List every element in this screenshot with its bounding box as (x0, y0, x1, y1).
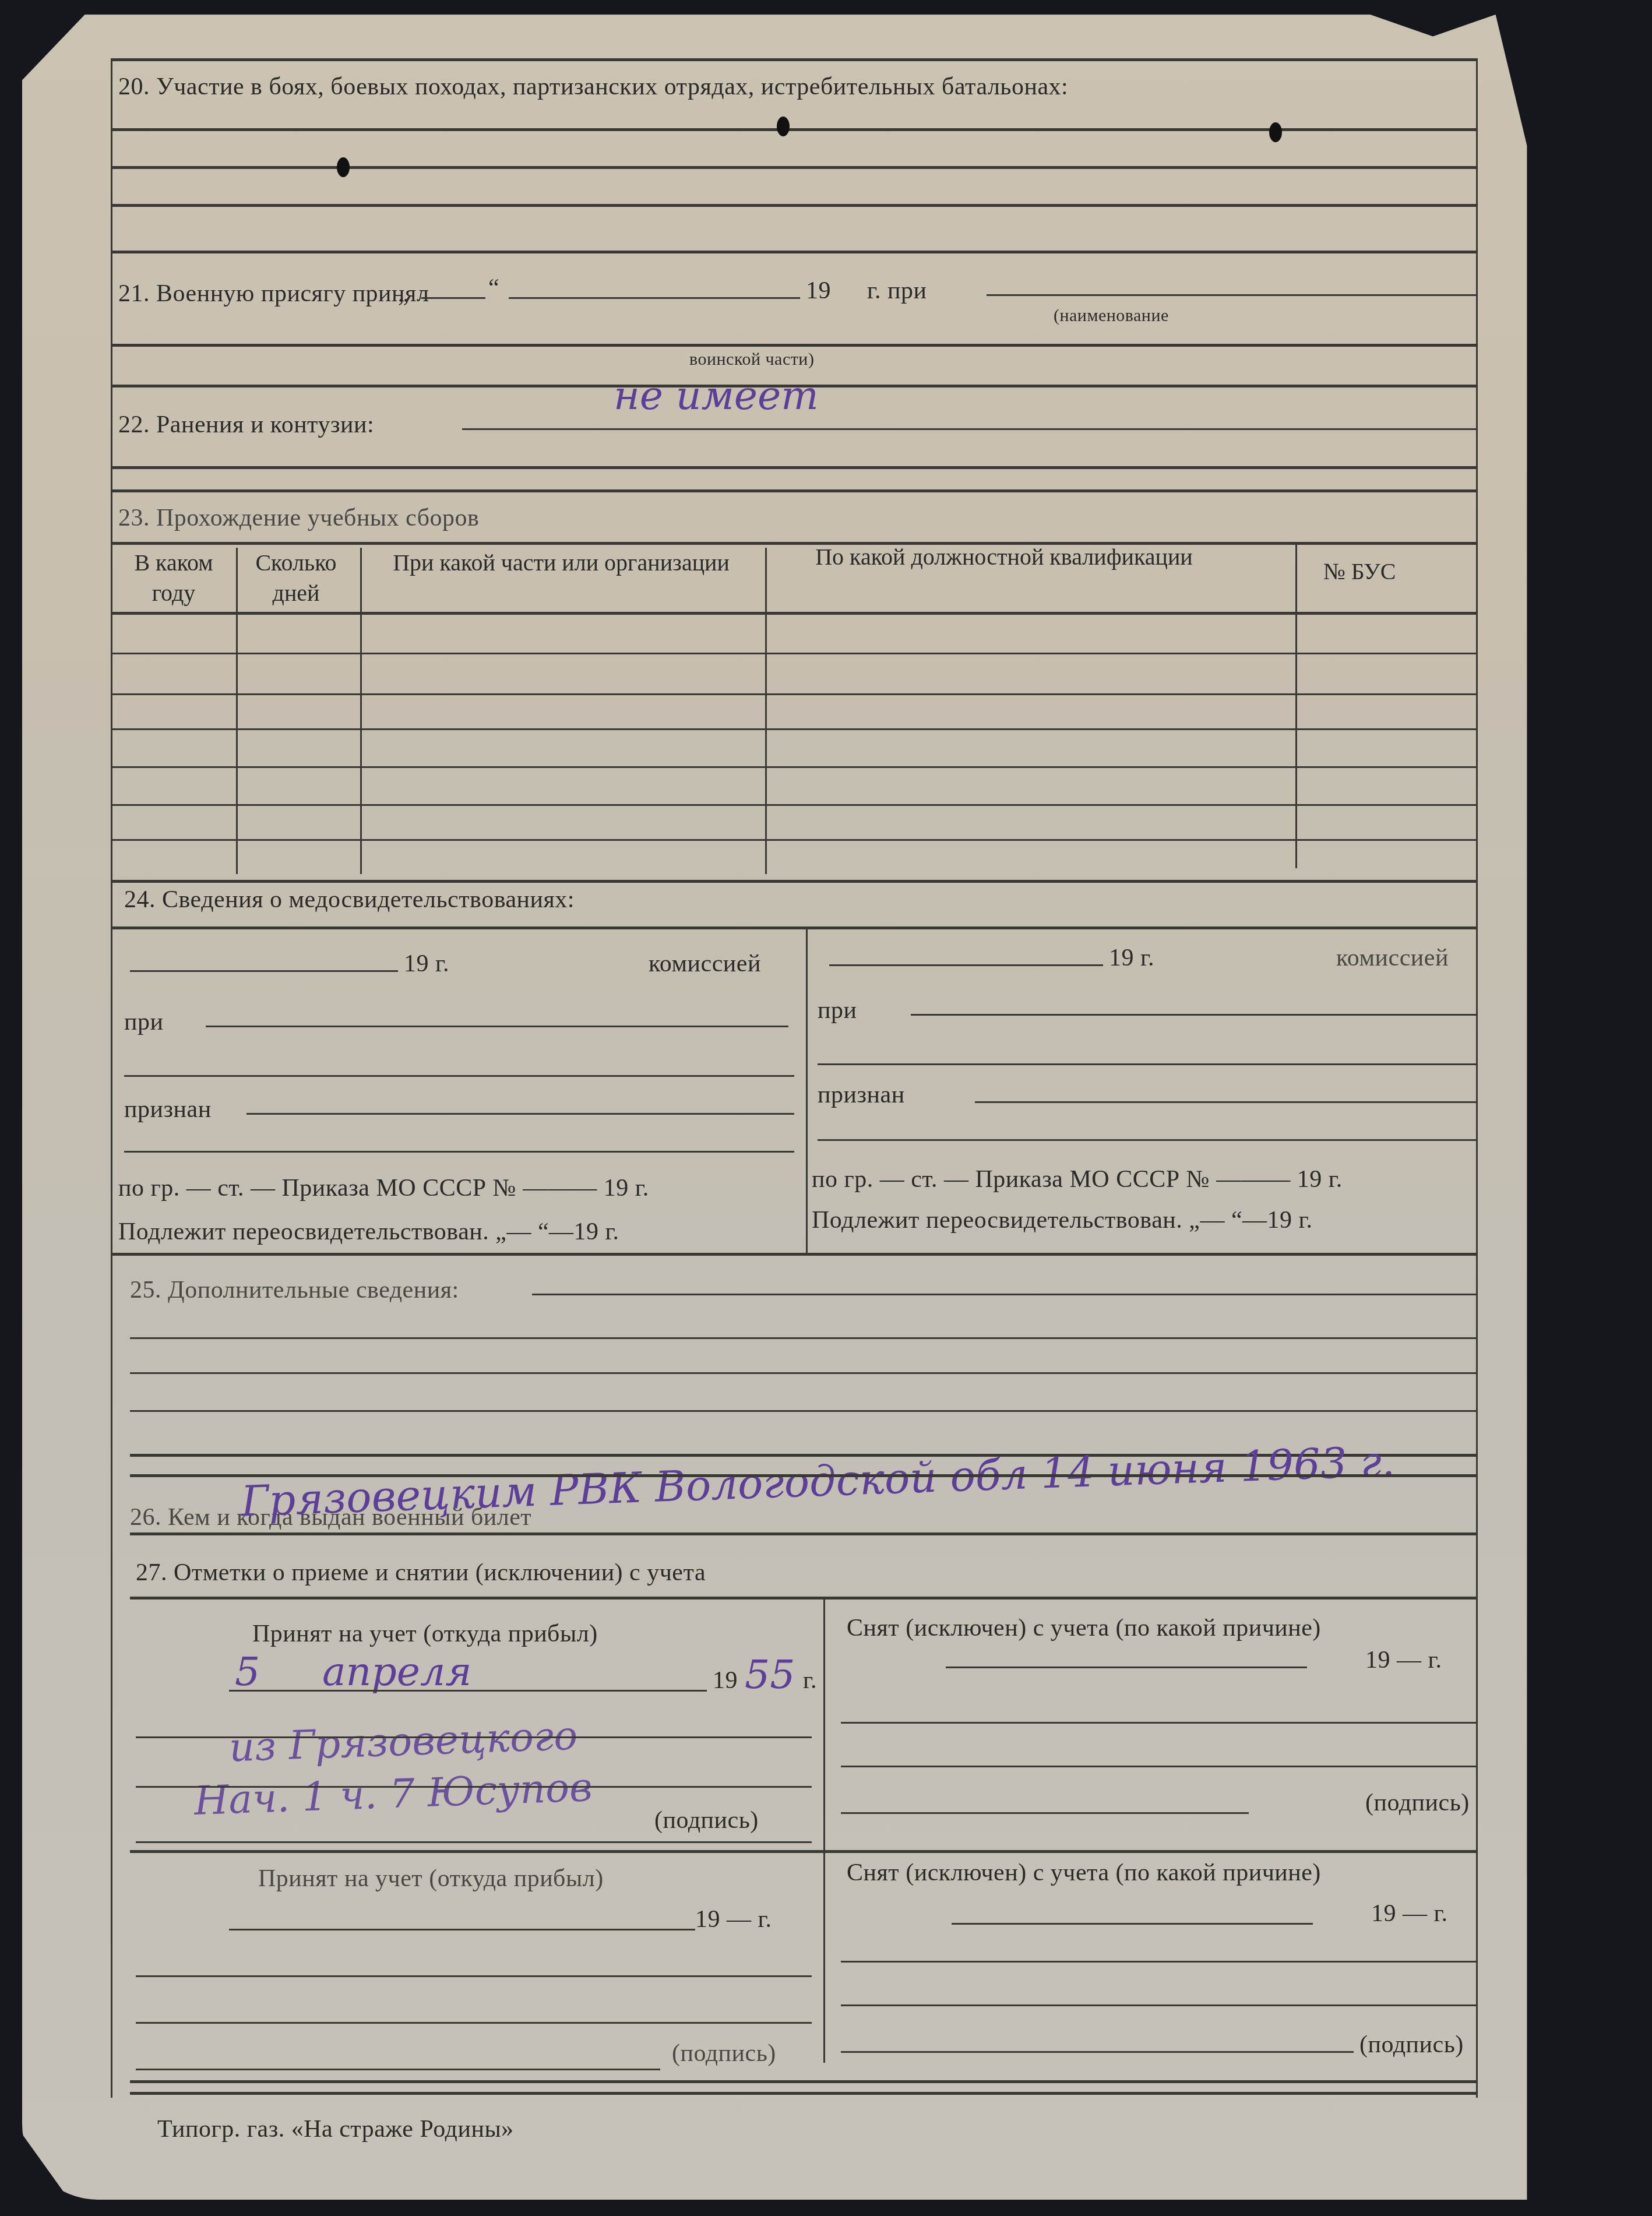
quote-mark: „ (398, 280, 409, 308)
origin-field[interactable] (136, 1975, 812, 1977)
rule (130, 2080, 1476, 2083)
date-field[interactable] (130, 970, 398, 972)
signature-label: (подпись) (1359, 2031, 1464, 2059)
rule (841, 1722, 1476, 1724)
date-field[interactable] (229, 1929, 695, 1930)
section-27-label: 27. Отметки о приеме и снятии (исключени… (136, 1559, 706, 1587)
accepted-title: Принят на учет (откуда прибыл) (258, 1865, 604, 1893)
rule (112, 204, 1476, 207)
date-field[interactable] (829, 964, 1103, 966)
rule (130, 1372, 1476, 1374)
column-header: По какой должностной квалификации (777, 542, 1231, 572)
rule (130, 2092, 1476, 2095)
handwritten-year: 55 (745, 1652, 795, 1698)
column-divider (806, 926, 808, 1253)
puncture-hole (777, 117, 790, 136)
rule (136, 2022, 812, 2024)
signature-field[interactable] (841, 2051, 1354, 2053)
year-suffix: г. (803, 1667, 817, 1694)
commission-label: комиссией (1336, 944, 1449, 972)
rule (130, 1410, 1476, 1412)
signature-field[interactable] (841, 1812, 1249, 1814)
reexam-line: Подлежит переосвидетельствован. „— “—19 … (812, 1206, 1313, 1234)
table-row[interactable] (112, 839, 1476, 841)
rule (818, 1063, 1476, 1065)
printer-footer: Типогр. газ. «На страже Родины» (157, 2115, 514, 2143)
table-row[interactable] (112, 653, 1476, 654)
rule (841, 1961, 1476, 1963)
puncture-hole (1269, 122, 1282, 142)
handwritten-day: 5 (235, 1649, 260, 1695)
rule (112, 466, 1476, 469)
column-divider (236, 548, 238, 874)
date-field[interactable] (952, 1923, 1313, 1925)
rule (112, 926, 1476, 929)
wounds-field[interactable] (462, 428, 1476, 430)
rule (130, 1532, 1476, 1535)
section-20-label: 20. Участие в боях, боевых походах, парт… (118, 73, 1068, 101)
recognized-label: признан (818, 1081, 905, 1109)
year-line: 19 — г. (695, 1905, 772, 1933)
handwritten-issued-by: Грязовецким РВК Вологодской обл 14 июня … (240, 1436, 1396, 1526)
removed-title: Снят (исключен) с учета (по какой причин… (847, 1859, 1321, 1887)
handwritten-wounds: не имеет (614, 373, 819, 419)
date-field[interactable] (946, 1667, 1307, 1668)
section-25-label: 25. Дополнительные сведения: (130, 1276, 459, 1304)
rule (841, 1766, 1476, 1767)
year-line: 19 — г. (1365, 1646, 1442, 1674)
column-divider (360, 548, 362, 874)
rule (124, 1075, 794, 1077)
commission-label: комиссией (649, 950, 761, 978)
rule (112, 166, 1476, 169)
recognized-field[interactable] (975, 1101, 1476, 1103)
date-line: 19 г. (1109, 944, 1154, 972)
date-line: 19 г. (404, 950, 449, 978)
table-bottom-rule (112, 880, 1476, 883)
at-field[interactable] (206, 1026, 788, 1027)
signature-label: (подпись) (654, 1806, 759, 1834)
section-24-label: 24. Сведения о медосвидетельствованиях: (124, 886, 575, 914)
signature-label: (подпись) (672, 2039, 776, 2067)
quote-mark: “ (488, 274, 499, 302)
rule (130, 1474, 1476, 1477)
year-line: 19 — г. (1371, 1900, 1448, 1928)
caption-military-unit: воинской части) (689, 350, 814, 369)
signature-label: (подпись) (1365, 1789, 1470, 1817)
year-prefix: 19 (806, 277, 831, 305)
at-field[interactable] (911, 1014, 1476, 1016)
rule (130, 1597, 1476, 1600)
day-field[interactable] (421, 297, 485, 299)
signature-field[interactable] (136, 2069, 660, 2070)
date-field[interactable] (229, 1690, 707, 1692)
rule (112, 489, 1476, 492)
rule (841, 2004, 1476, 2006)
table-header-rule (112, 612, 1476, 615)
origin-field[interactable] (136, 1736, 812, 1738)
additional-field[interactable] (532, 1294, 1476, 1295)
handwritten-month: апреля (322, 1649, 471, 1695)
recognized-field[interactable] (246, 1113, 794, 1115)
removed-title: Снят (исключен) с учета (по какой причин… (847, 1614, 1321, 1642)
rule (130, 1850, 1476, 1853)
rule (112, 344, 1476, 347)
rule (818, 1139, 1476, 1141)
at-label: при (124, 1008, 163, 1036)
table-row[interactable] (112, 804, 1476, 806)
section-23-label: 23. Прохождение учебных сборов (118, 504, 479, 532)
column-divider (823, 1597, 825, 2063)
table-row[interactable] (112, 728, 1476, 730)
column-header: № БУС (1249, 556, 1470, 587)
rule (130, 1337, 1476, 1339)
rule (112, 1253, 1476, 1256)
order-line: по гр. — ст. — Приказа МО СССР № ——— 19 … (812, 1165, 1343, 1193)
year-prefix: 19 (713, 1667, 738, 1694)
unit-field[interactable] (987, 294, 1476, 296)
column-header: Сколько дней (238, 548, 354, 608)
column-header: При какой части или организации (375, 548, 748, 578)
column-divider (1295, 542, 1297, 868)
table-row[interactable] (112, 693, 1476, 695)
rule (136, 1786, 812, 1788)
caption-unit-name: (наименование (1054, 306, 1169, 326)
column-header: В каком году (112, 548, 235, 608)
recognized-label: признан (124, 1095, 212, 1123)
rule (136, 1841, 812, 1843)
year-suffix: г. при (867, 277, 927, 305)
section-22-label: 22. Ранения и контузии: (118, 411, 374, 439)
puncture-hole (337, 157, 350, 177)
section-21-label: 21. Военную присягу принял (118, 280, 429, 308)
rule (112, 58, 1476, 61)
month-field[interactable] (509, 297, 800, 299)
rule (124, 1151, 794, 1153)
at-label: при (818, 996, 857, 1024)
column-divider (765, 548, 767, 874)
table-row[interactable] (112, 766, 1476, 768)
handwritten-signature: Нач. 1 ч. 7 Юсупов (193, 1764, 593, 1824)
form-frame: 20. Участие в боях, боевых походах, парт… (111, 58, 1478, 2098)
handwritten-origin: из Грязовецкого (228, 1713, 579, 1771)
order-line: по гр. — ст. — Приказа МО СССР № ——— 19 … (118, 1174, 649, 1202)
rule (112, 251, 1476, 253)
accepted-title: Принят на учет (откуда прибыл) (252, 1620, 598, 1648)
reexam-line: Подлежит переосвидетельствован. „— “—19 … (118, 1218, 619, 1246)
